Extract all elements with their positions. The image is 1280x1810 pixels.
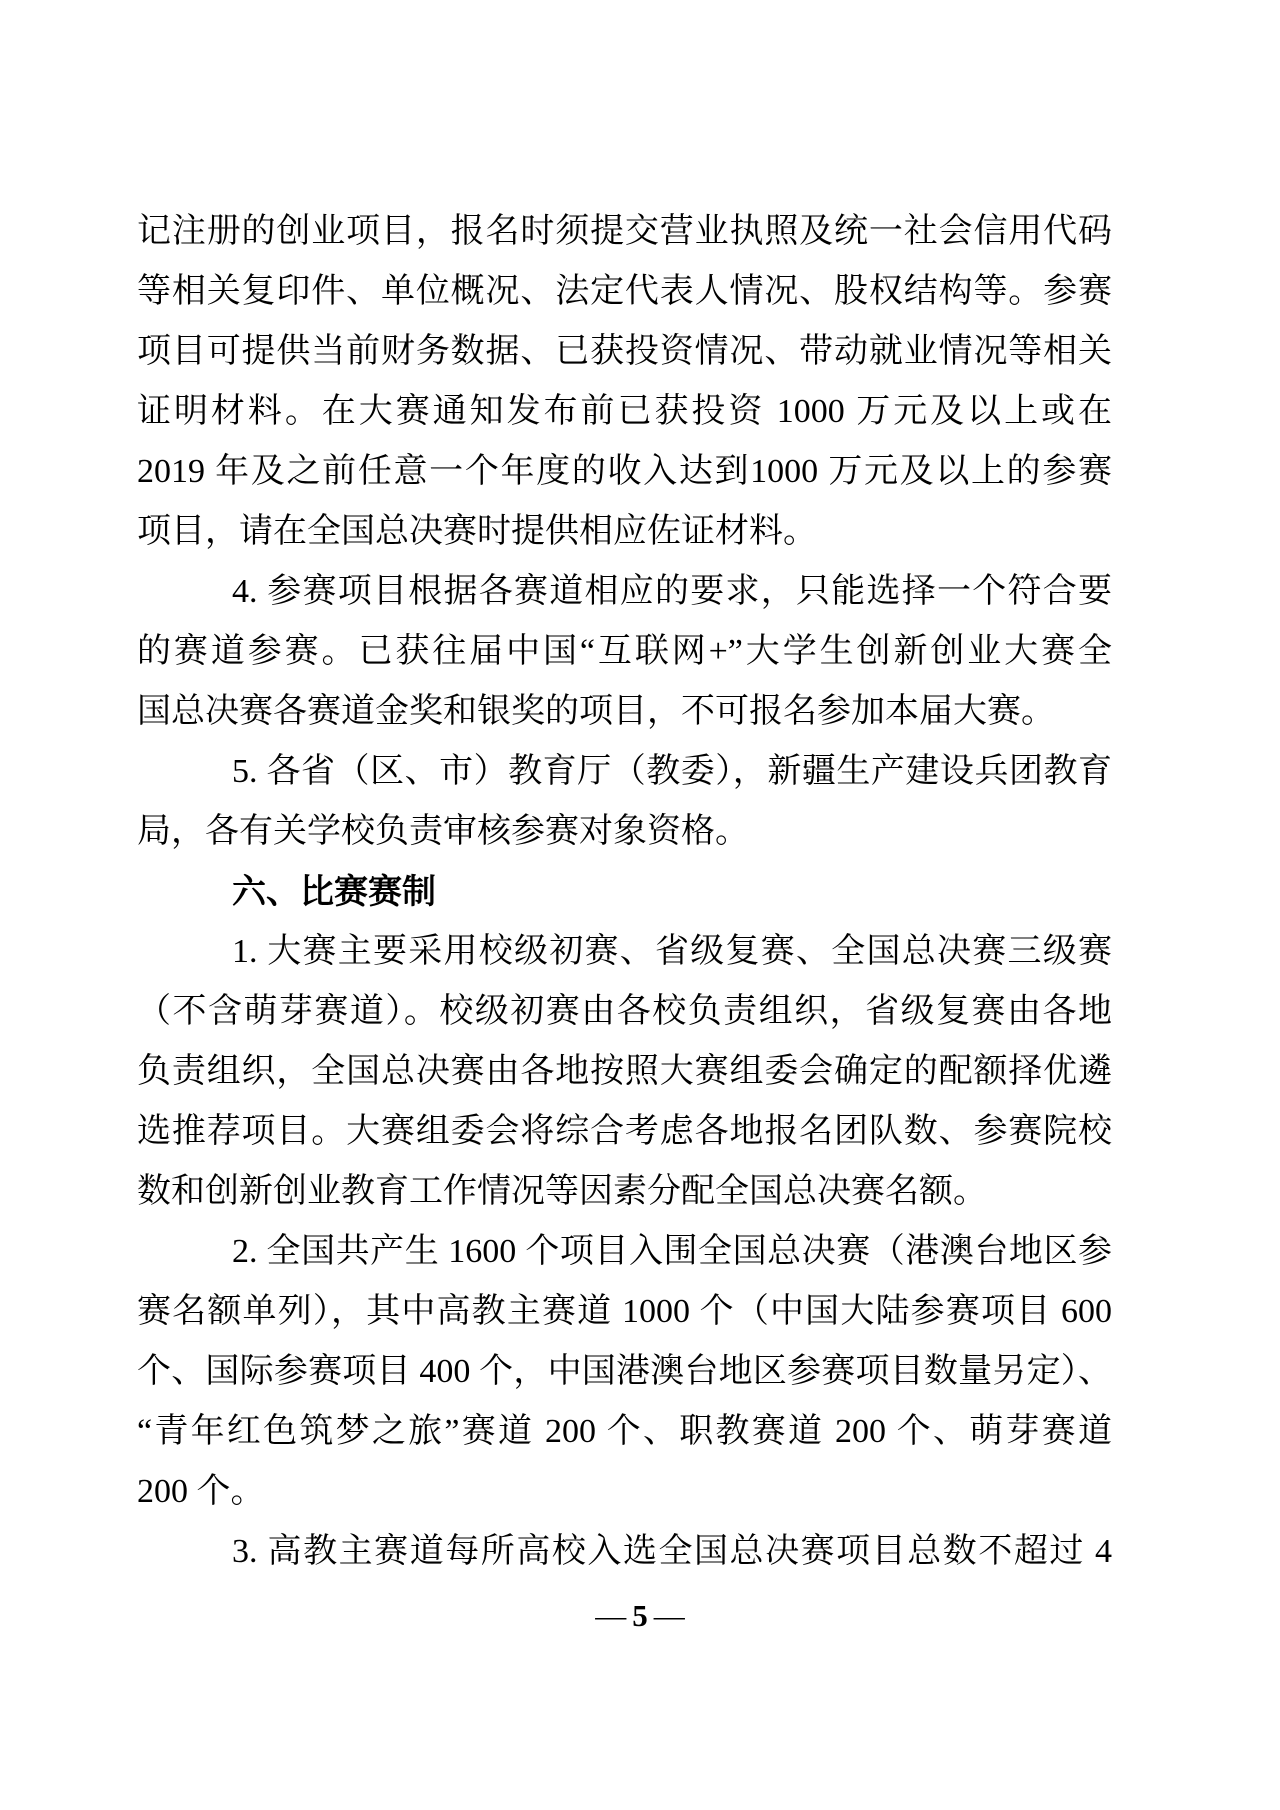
text-line: 200 个。 <box>137 1462 1112 1522</box>
text-line: 局，各有关学校负责审核参赛对象资格。 <box>137 802 1112 862</box>
text-line: 2019 年及之前任意一个年度的收入达到1000 万元及以上的参赛 <box>137 442 1112 502</box>
footer-dash-left: — <box>595 1598 626 1633</box>
page-footer: —5— <box>0 1594 1280 1638</box>
text-line: 等相关复印件、单位概况、法定代表人情况、股权结构等。参赛 <box>137 262 1112 322</box>
text-line: 负责组织，全国总决赛由各地按照大赛组委会确定的配额择优遴 <box>137 1042 1112 1102</box>
document-body: 记注册的创业项目，报名时须提交营业执照及统一社会信用代码 等相关复印件、单位概况… <box>137 202 1112 1582</box>
text-line: “青年红色筑梦之旅”赛道 200 个、职教赛道 200 个、萌芽赛道 <box>137 1402 1112 1462</box>
text-line: 记注册的创业项目，报名时须提交营业执照及统一社会信用代码 <box>137 202 1112 262</box>
text-line: 数和创新创业教育工作情况等因素分配全国总决赛名额。 <box>137 1162 1112 1222</box>
text-line: 的赛道参赛。已获往届中国“互联网+”大学生创新创业大赛全 <box>137 622 1112 682</box>
text-line: 1. 大赛主要采用校级初赛、省级复赛、全国总决赛三级赛制 <box>137 922 1112 982</box>
text-line: 4. 参赛项目根据各赛道相应的要求，只能选择一个符合要求 <box>137 562 1112 622</box>
text-line: 项目可提供当前财务数据、已获投资情况、带动就业情况等相关 <box>137 322 1112 382</box>
text-line: 选推荐项目。大赛组委会将综合考虑各地报名团队数、参赛院校 <box>137 1102 1112 1162</box>
section-heading: 六、比赛赛制 <box>137 862 1112 922</box>
document-page: 记注册的创业项目，报名时须提交营业执照及统一社会信用代码 等相关复印件、单位概况… <box>0 0 1280 1810</box>
text-line: 国总决赛各赛道金奖和银奖的项目，不可报名参加本届大赛。 <box>137 682 1112 742</box>
text-line: （不含萌芽赛道）。校级初赛由各校负责组织，省级复赛由各地 <box>137 982 1112 1042</box>
text-line: 2. 全国共产生 1600 个项目入围全国总决赛（港澳台地区参 <box>137 1222 1112 1282</box>
page-number: 5 <box>632 1598 648 1633</box>
text-line: 项目，请在全国总决赛时提供相应佐证材料。 <box>137 502 1112 562</box>
text-line: 个、国际参赛项目 400 个，中国港澳台地区参赛项目数量另定）、 <box>137 1342 1112 1402</box>
text-line: 赛名额单列），其中高教主赛道 1000 个（中国大陆参赛项目 600 <box>137 1282 1112 1342</box>
text-line: 证明材料。在大赛通知发布前已获投资 1000 万元及以上或在 <box>137 382 1112 442</box>
text-line: 3. 高教主赛道每所高校入选全国总决赛项目总数不超过 4 <box>137 1522 1112 1582</box>
text-line: 5. 各省（区、市）教育厅（教委），新疆生产建设兵团教育 <box>137 742 1112 802</box>
footer-dash-right: — <box>654 1598 685 1633</box>
